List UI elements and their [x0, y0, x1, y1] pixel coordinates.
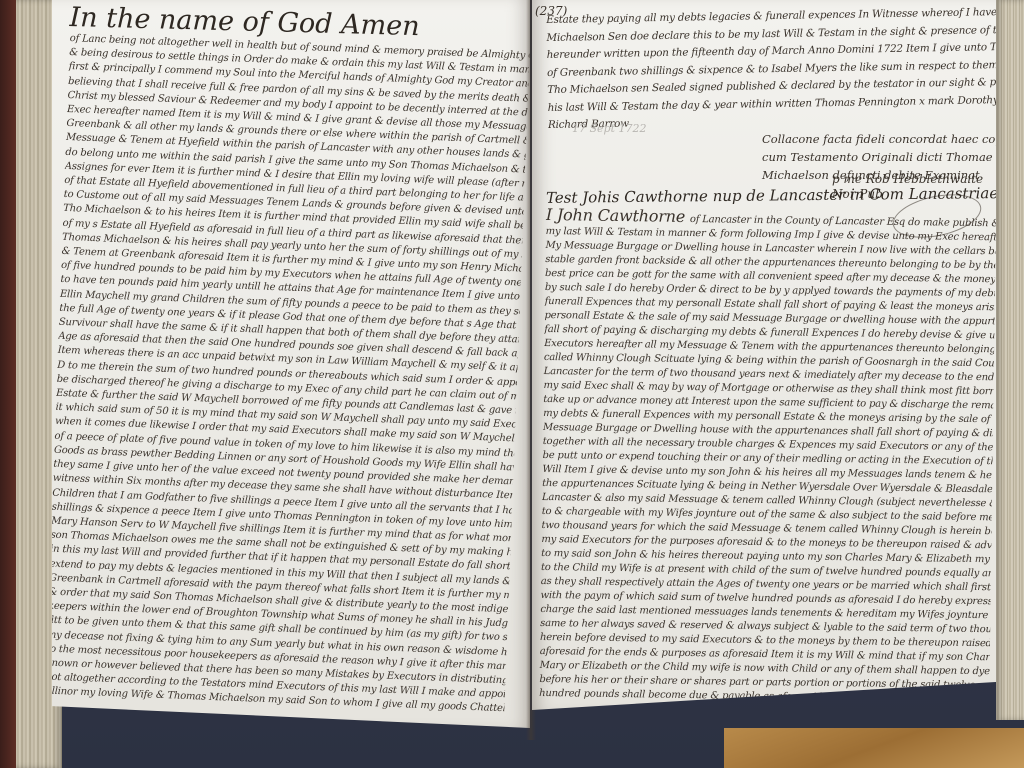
right-page: (237) Estate they paying all my debts le…	[532, 0, 1002, 710]
first-will-conclusion: Estate they paying all my debts legacies…	[546, 4, 998, 134]
manuscript-photo: In the name of God Amen of Lanc being no…	[0, 0, 1024, 768]
collation-line: cum Testamento Originali dicti Thomae	[762, 150, 993, 164]
manuscript-line: hundred pounds shall become due & payabl…	[539, 687, 989, 707]
wooden-desk	[724, 728, 1024, 768]
collation-line: Collacone facta fideli concordat haec co…	[762, 132, 1002, 146]
left-page: In the name of God Amen of Lanc being no…	[52, 0, 530, 728]
testator-name: I John Cawthorne	[546, 208, 690, 226]
left-page-text: of Lanc being not altogether well in hea…	[52, 32, 530, 717]
second-will-text: I John Cawthorne of Lancaster in the Cou…	[539, 208, 996, 707]
right-page-edges	[996, 0, 1024, 720]
pencil-date-note: 17 Sept 1722	[572, 122, 647, 135]
